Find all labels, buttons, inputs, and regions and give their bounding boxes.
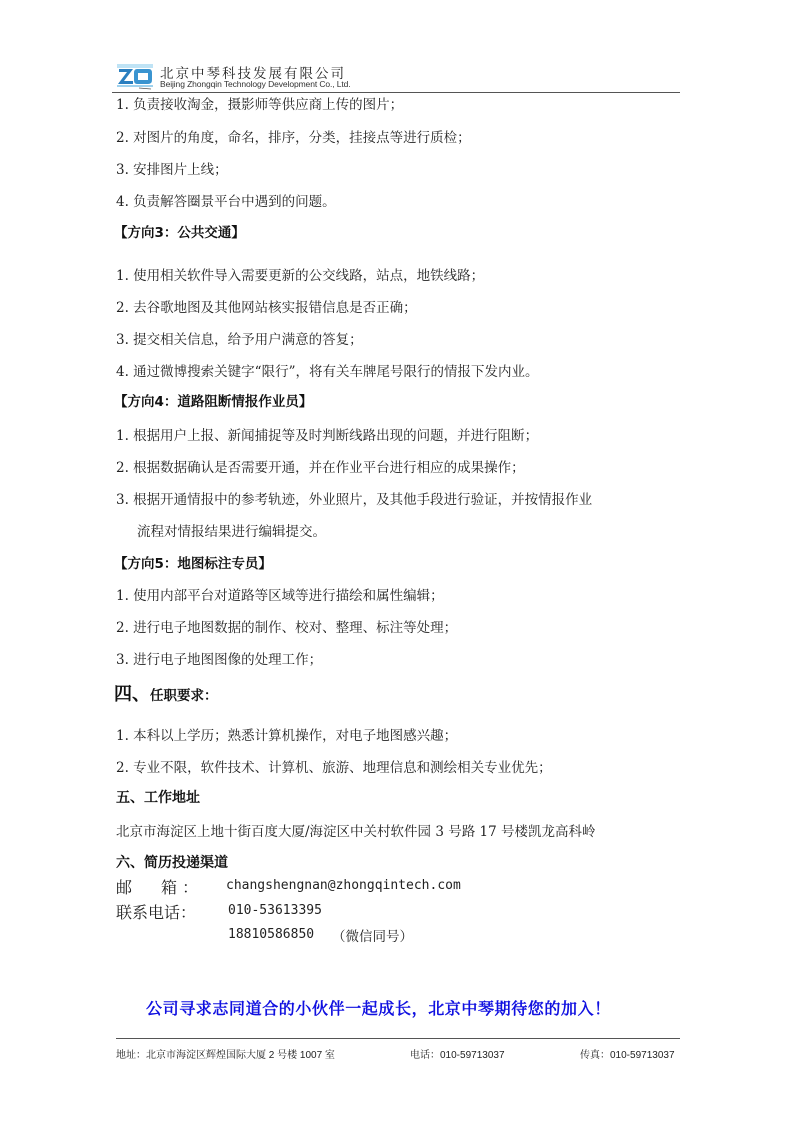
footer-address: 地址：北京市海淀区辉煌国际大厦 2 号楼 1007 室 [116,1046,335,1061]
footer-phone: 电话：010-59713037 [410,1046,505,1061]
requirement-item: 2. 专业不限，软件技术、计算机、旅游、地理信息和测绘相关专业优先； [116,756,552,776]
direction4-item: 3. 根据开通情报中的参考轨迹，外业照片，及其他手段进行验证，并按情报作业 [116,488,592,508]
address-text: 北京市海淀区上地十街百度大厦/海淀区中关村软件园 3 号路 17 号楼凯龙高科岭 [116,820,595,840]
direction3-item: 2. 去谷歌地图及其他网站核实报错信息是否正确； [116,296,417,316]
duty-item: 3. 安排图片上线； [116,158,228,178]
direction5-item: 2. 进行电子地图数据的制作、校对、整理、标注等处理； [116,616,457,636]
phone-number-2: 18810586850 [228,927,314,942]
direction5-item: 1. 使用内部平台对道路等区域等进行描绘和属性编辑； [116,584,444,604]
direction4-heading: 【方向4：道路阻断情报作业员】 [114,390,312,410]
footer-fax: 传真：010-59713037 [580,1046,675,1061]
footer-divider [116,1038,680,1039]
direction4-item: 2. 根据数据确认是否需要开通，并在作业平台进行相应的成果操作； [116,456,525,476]
resume-heading: 六、简历投递渠道 [116,852,228,872]
direction3-item: 4. 通过微博搜索关键字“限行”，将有关车牌尾号限行的情报下发内业。 [116,360,538,380]
email-label: 邮 [116,875,132,898]
phone-number-1: 010-53613395 [228,903,322,918]
direction4-item-continuation: 流程对情报结果进行编辑提交。 [137,520,326,540]
company-name-en: Beijing Zhongqin Technology Development … [160,79,351,89]
duty-item: 4. 负责解答圈景平台中遇到的问题。 [116,190,336,210]
recruitment-slogan: 公司寻求志同道合的小伙伴一起成长，北京中琴期待您的加入！ [146,996,611,1019]
requirement-item: 1. 本科以上学历；熟悉计算机操作，对电子地图感兴趣； [116,724,457,744]
phone-label: 联系电话： [116,900,196,923]
duty-item: 1. 负责接收淘金，摄影师等供应商上传的图片； [116,93,403,113]
company-logo-icon [117,64,153,90]
direction5-item: 3. 进行电子地图图像的处理工作； [116,648,322,668]
direction3-item: 3. 提交相关信息，给予用户满意的答复； [116,328,363,348]
requirements-heading-number: 四、 [114,684,150,705]
requirements-heading: 四、任职要求： [114,680,218,706]
phone-number-2-note: （微信同号） [332,925,413,945]
requirements-heading-text: 任职要求： [150,688,218,704]
duty-item: 2. 对图片的角度，命名，排序，分类，挂接点等进行质检； [116,126,471,146]
direction3-item: 1. 使用相关软件导入需要更新的公交线路，站点，地铁线路； [116,264,484,284]
address-heading: 五、工作地址 [116,787,200,807]
email-label: 箱 ： [161,875,198,898]
direction3-heading: 【方向3：公共交通】 [114,221,245,241]
email-address[interactable]: changshengnan@zhongqintech.com [226,878,461,893]
direction4-item: 1. 根据用户上报、新闻捕捉等及时判断线路出现的问题，并进行阻断； [116,424,538,444]
direction5-heading: 【方向5：地图标注专员】 [114,552,272,572]
